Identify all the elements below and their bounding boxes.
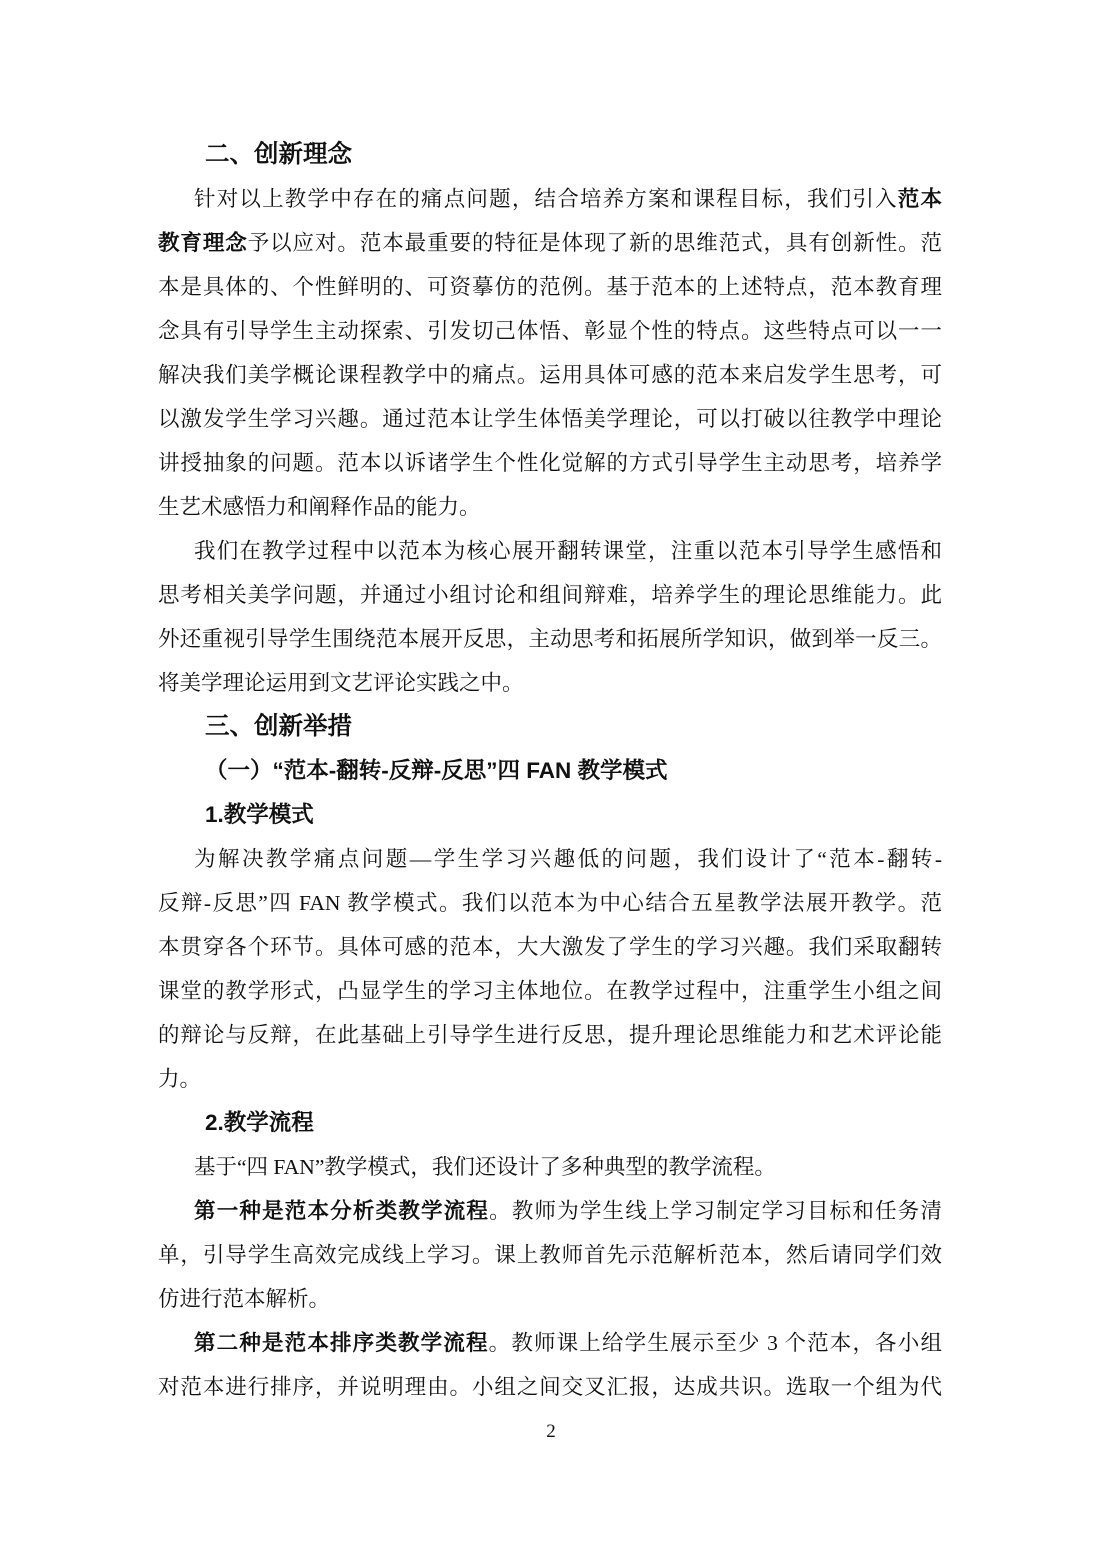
text-line: 将美学理论运用到文艺评论实践之中。 — [158, 661, 942, 705]
document-page: 二、创新理念针对以上教学中存在的痛点问题，结合培养方案和课程目标，我们引入范本教… — [0, 0, 1102, 1559]
bold-text-run: （一）“范本-翻转-反辩-反思”四 FAN 教学模式 — [205, 758, 667, 783]
text-run: 的辩论与反辩，在此基础上引导学生进行反思，提升理论思维能力和艺术评论能 — [158, 1023, 942, 1047]
text-run: 解决我们美学概论课程教学中的痛点。运用具体可感的范本来启发学生思考，可 — [158, 363, 942, 387]
para-fanben-education-concept: 针对以上教学中存在的痛点问题，结合培养方案和课程目标，我们引入范本教育理念予以应… — [158, 177, 942, 529]
text-line: 三、创新举措 — [158, 705, 942, 749]
text-line: 二、创新理念 — [158, 133, 942, 177]
text-line: 教育理念予以应对。范本最重要的特征是体现了新的思维范式，具有创新性。范 — [158, 221, 942, 265]
page-number: 2 — [0, 1417, 1102, 1447]
text-run: 反辩-反思”四 FAN 教学模式。我们以范本为中心结合五星教学法展开教学。范 — [158, 891, 942, 915]
text-line: 2.教学流程 — [158, 1101, 942, 1145]
text-line: 解决我们美学概论课程教学中的痛点。运用具体可感的范本来启发学生思考，可 — [158, 353, 942, 397]
text-run: 生艺术感悟力和阐释作品的能力。 — [158, 495, 481, 519]
text-run: 以激发学生学习兴趣。通过范本让学生体悟美学理论，可以打破以往教学中理论 — [158, 407, 942, 431]
bold-text-run: 第二种是范本排序类教学流程 — [194, 1331, 489, 1355]
text-line: 力。 — [158, 1057, 942, 1101]
para-process-intro: 基于“四 FAN”教学模式，我们还设计了多种典型的教学流程。 — [158, 1145, 942, 1189]
text-line: 生艺术感悟力和阐释作品的能力。 — [158, 485, 942, 529]
heading-1-teaching-mode: 1.教学模式 — [158, 793, 942, 837]
text-line: 基于“四 FAN”教学模式，我们还设计了多种典型的教学流程。 — [158, 1145, 942, 1189]
text-run: 讲授抽象的问题。范本以诉诸学生个性化觉解的方式引导学生主动思考，培养学 — [158, 451, 942, 475]
text-line: 仿进行范本解析。 — [158, 1277, 942, 1321]
text-run: 。教师课上给学生展示至少 3 个范本，各小组 — [489, 1331, 942, 1355]
text-line: 本贯穿各个环节。具体可感的范本，大大激发了学生的学习兴趣。我们采取翻转 — [158, 925, 942, 969]
text-run: 课堂的教学形式，凸显学生的学习主体地位。在教学过程中，注重学生小组之间 — [158, 979, 942, 1003]
text-line: 我们在教学过程中以范本为核心展开翻转课堂，注重以范本引导学生感悟和 — [158, 529, 942, 573]
text-line: 反辩-反思”四 FAN 教学模式。我们以范本为中心结合五星教学法展开教学。范 — [158, 881, 942, 925]
text-run: 予以应对。范本最重要的特征是体现了新的思维范式，具有创新性。范 — [248, 231, 942, 255]
text-run: 为解决教学痛点问题—学生学习兴趣低的问题，我们设计了“范本-翻转- — [194, 847, 942, 871]
text-run: 。教师为学生线上学习制定学习目标和任务清 — [489, 1199, 942, 1223]
text-run: 念具有引导学生主动探索、引发切己体悟、彰显个性的特点。这些特点可以一一 — [158, 319, 942, 343]
bold-text-run: 二、创新理念 — [205, 141, 352, 168]
text-line: 第二种是范本排序类教学流程。教师课上给学生展示至少 3 个范本，各小组 — [158, 1321, 942, 1365]
heading-section-2-innovation-concept: 二、创新理念 — [158, 133, 942, 177]
text-run: 基于“四 FAN”教学模式，我们还设计了多种典型的教学流程。 — [194, 1155, 776, 1179]
bold-text-run: 1.教学模式 — [205, 802, 314, 827]
bold-text-run: 教育理念 — [158, 231, 248, 255]
text-run: 力。 — [158, 1067, 201, 1091]
text-line: 单，引导学生高效完成线上学习。课上教师首先示范解析范本，然后请同学们效 — [158, 1233, 942, 1277]
text-line: 外还重视引导学生围绕范本展开反思，主动思考和拓展所学知识，做到举一反三。 — [158, 617, 942, 661]
text-run: 我们在教学过程中以范本为核心展开翻转课堂，注重以范本引导学生感悟和 — [194, 539, 942, 563]
text-run: 仿进行范本解析。 — [158, 1287, 330, 1311]
heading-section-3-innovation-measures: 三、创新举措 — [158, 705, 942, 749]
text-run: 思考相关美学问题，并通过小组讨论和组间辩难，培养学生的理论思维能力。此 — [158, 583, 942, 607]
text-run: 对范本进行排序，并说明理由。小组之间交叉汇报，达成共识。选取一个组为代 — [158, 1375, 942, 1399]
text-line: 以激发学生学习兴趣。通过范本让学生体悟美学理论，可以打破以往教学中理论 — [158, 397, 942, 441]
text-line: 对范本进行排序，并说明理由。小组之间交叉汇报，达成共识。选取一个组为代 — [158, 1365, 942, 1409]
text-line: 本是具体的、个性鲜明的、可资摹仿的范例。基于范本的上述特点，范本教育理 — [158, 265, 942, 309]
para-process-type-1-analysis: 第一种是范本分析类教学流程。教师为学生线上学习制定学习目标和任务清单，引导学生高… — [158, 1189, 942, 1321]
text-run: 外还重视引导学生围绕范本展开反思，主动思考和拓展所学知识，做到举一反三。 — [158, 627, 942, 651]
text-line: 思考相关美学问题，并通过小组讨论和组间辩难，培养学生的理论思维能力。此 — [158, 573, 942, 617]
text-line: （一）“范本-翻转-反辩-反思”四 FAN 教学模式 — [158, 749, 942, 793]
text-run: 本是具体的、个性鲜明的、可资摹仿的范例。基于范本的上述特点，范本教育理 — [158, 275, 942, 299]
bold-text-run: 三、创新举措 — [205, 713, 352, 740]
text-run: 针对以上教学中存在的痛点问题，结合培养方案和课程目标，我们引入 — [194, 187, 898, 211]
heading-sub-1-four-fan-model: （一）“范本-翻转-反辩-反思”四 FAN 教学模式 — [158, 749, 942, 793]
text-line: 为解决教学痛点问题—学生学习兴趣低的问题，我们设计了“范本-翻转- — [158, 837, 942, 881]
text-line: 讲授抽象的问题。范本以诉诸学生个性化觉解的方式引导学生主动思考，培养学 — [158, 441, 942, 485]
heading-2-teaching-process: 2.教学流程 — [158, 1101, 942, 1145]
text-line: 1.教学模式 — [158, 793, 942, 837]
para-teaching-mode: 为解决教学痛点问题—学生学习兴趣低的问题，我们设计了“范本-翻转-反辩-反思”四… — [158, 837, 942, 1101]
bold-text-run: 2.教学流程 — [205, 1110, 314, 1135]
text-run: 本贯穿各个环节。具体可感的范本，大大激发了学生的学习兴趣。我们采取翻转 — [158, 935, 942, 959]
para-flipped-classroom: 我们在教学过程中以范本为核心展开翻转课堂，注重以范本引导学生感悟和思考相关美学问… — [158, 529, 942, 705]
text-line: 的辩论与反辩，在此基础上引导学生进行反思，提升理论思维能力和艺术评论能 — [158, 1013, 942, 1057]
bold-text-run: 第一种是范本分析类教学流程 — [194, 1199, 489, 1223]
text-line: 念具有引导学生主动探索、引发切己体悟、彰显个性的特点。这些特点可以一一 — [158, 309, 942, 353]
para-process-type-2-sorting: 第二种是范本排序类教学流程。教师课上给学生展示至少 3 个范本，各小组对范本进行… — [158, 1321, 942, 1409]
text-run: 单，引导学生高效完成线上学习。课上教师首先示范解析范本，然后请同学们效 — [158, 1243, 942, 1267]
bold-text-run: 范本 — [898, 187, 942, 211]
text-line: 针对以上教学中存在的痛点问题，结合培养方案和课程目标，我们引入范本 — [158, 177, 942, 221]
text-line: 课堂的教学形式，凸显学生的学习主体地位。在教学过程中，注重学生小组之间 — [158, 969, 942, 1013]
text-run: 将美学理论运用到文艺评论实践之中。 — [158, 671, 524, 695]
text-line: 第一种是范本分析类教学流程。教师为学生线上学习制定学习目标和任务清 — [158, 1189, 942, 1233]
document-content: 二、创新理念针对以上教学中存在的痛点问题，结合培养方案和课程目标，我们引入范本教… — [158, 133, 942, 1409]
